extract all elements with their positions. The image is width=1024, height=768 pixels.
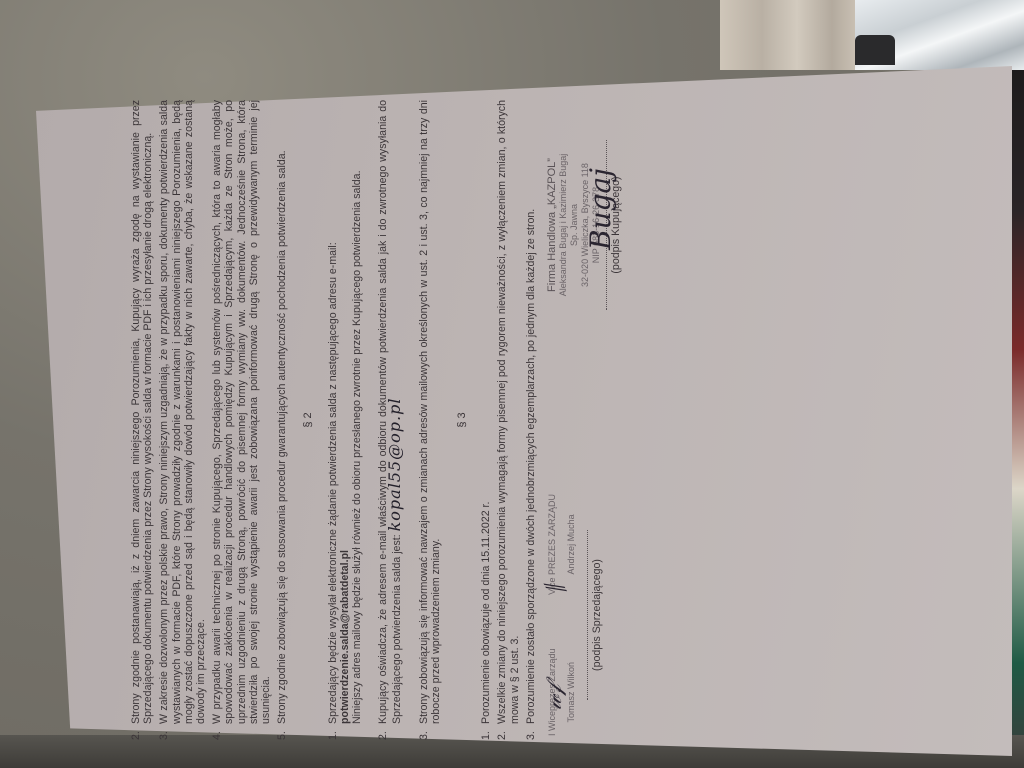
item-text: Niniejszy adres mailowy będzie służył ró…	[351, 170, 363, 724]
handwritten-buyer-email: kopal55@op.pl	[385, 398, 404, 532]
section-1-item-4: 5.Strony zgodnie zobowiązują się do stos…	[276, 100, 288, 740]
section-1-item-1: 2.Strony zgodnie postanawiają, iż z dnie…	[130, 100, 154, 740]
background-table-items	[1012, 70, 1024, 768]
item-text: Porozumienie zostało sporządzone w dwóch…	[525, 100, 537, 724]
section-3-item-2: 2.Wszelkie zmiany do niniejszego porozum…	[496, 100, 520, 740]
background-curtain	[720, 0, 860, 70]
section-2-item-1: 1. Sprzedający będzie wysyłał elektronic…	[327, 100, 364, 740]
buyer-company-stamp: Firma Handlowa „KAZPOL” Aleksandra Bugaj…	[547, 100, 602, 350]
item-number: 2.	[496, 724, 520, 740]
section-2-item-2: 2. Kupujący oświadcza, że adresem e-mail…	[377, 100, 403, 740]
section-3-list: 1.Porozumienie obowiązuje od dnia 15.11.…	[480, 100, 537, 740]
item-text: W przypadku awarii technicznej po stroni…	[211, 100, 272, 724]
item-text: Strony zgodnie zobowiązują się do stosow…	[276, 100, 288, 724]
seller-signature-caption: (podpis Sprzedającego)	[591, 490, 603, 740]
section-3-title: § 3	[456, 100, 468, 740]
item-number: 2.	[377, 724, 403, 740]
section-2-item-3: 3. Strony zobowiązują się informować naw…	[418, 100, 442, 740]
item-text: Sprzedający będzie wysyłał elektroniczne…	[327, 242, 339, 724]
item-text: Wszelkie zmiany do niniejszego porozumie…	[496, 100, 520, 724]
seller-stamp-left: I Wiceprezes Zarządu Tomasz Wilkoń	[547, 648, 577, 736]
seller-signature: I Wiceprezes Zarządu Tomasz Wilkoń Vice …	[547, 490, 667, 740]
item-number: 4.	[211, 724, 272, 740]
seller-signature-line	[587, 530, 588, 700]
section-2-title: § 2	[302, 100, 314, 740]
item-number: 3.	[525, 724, 537, 740]
buyer-signature-caption: (podpis Kupującego)	[610, 100, 622, 350]
section-3-item-3: 3.Porozumienie zostało sporządzone w dwó…	[525, 100, 537, 740]
item-number: 3.	[418, 724, 442, 740]
signature-block: I Wiceprezes Zarządu Tomasz Wilkoń Vice …	[547, 100, 667, 740]
section-1-item-3: 4.W przypadku awarii technicznej po stro…	[211, 100, 272, 740]
section-3-item-1: 1.Porozumienie obowiązuje od dnia 15.11.…	[480, 100, 492, 740]
item-number: 2.	[130, 724, 154, 740]
seller-stamp-right: Vice PREZES ZARZĄDU Andrzej Mucha	[547, 494, 577, 595]
item-text: Strony zobowiązują się informować nawzaj…	[418, 100, 442, 724]
item-number: 1.	[480, 724, 492, 740]
item-number: 5.	[276, 724, 288, 740]
item-text: W zakresie dozwolonym przez polskie praw…	[158, 100, 207, 724]
seller-email-link[interactable]: potwierdzenie.salda@rabatdetal.pl	[339, 550, 351, 724]
item-text: Porozumienie obowiązuje od dnia 15.11.20…	[480, 100, 492, 724]
item-number: 3.	[158, 724, 207, 740]
section-1-list: 2.Strony zgodnie postanawiają, iż z dnie…	[130, 100, 288, 740]
section-1-item-2: 3.W zakresie dozwolonym przez polskie pr…	[158, 100, 207, 740]
buyer-signature-line	[606, 140, 607, 310]
background-dark-object	[855, 35, 895, 65]
contract-page: 2.Strony zgodnie postanawiają, iż z dnie…	[130, 100, 810, 740]
item-number: 1.	[327, 724, 364, 740]
item-text: Strony zgodnie postanawiają, iż z dniem …	[130, 100, 154, 724]
buyer-signature: Firma Handlowa „KAZPOL” Aleksandra Bugaj…	[547, 100, 667, 350]
